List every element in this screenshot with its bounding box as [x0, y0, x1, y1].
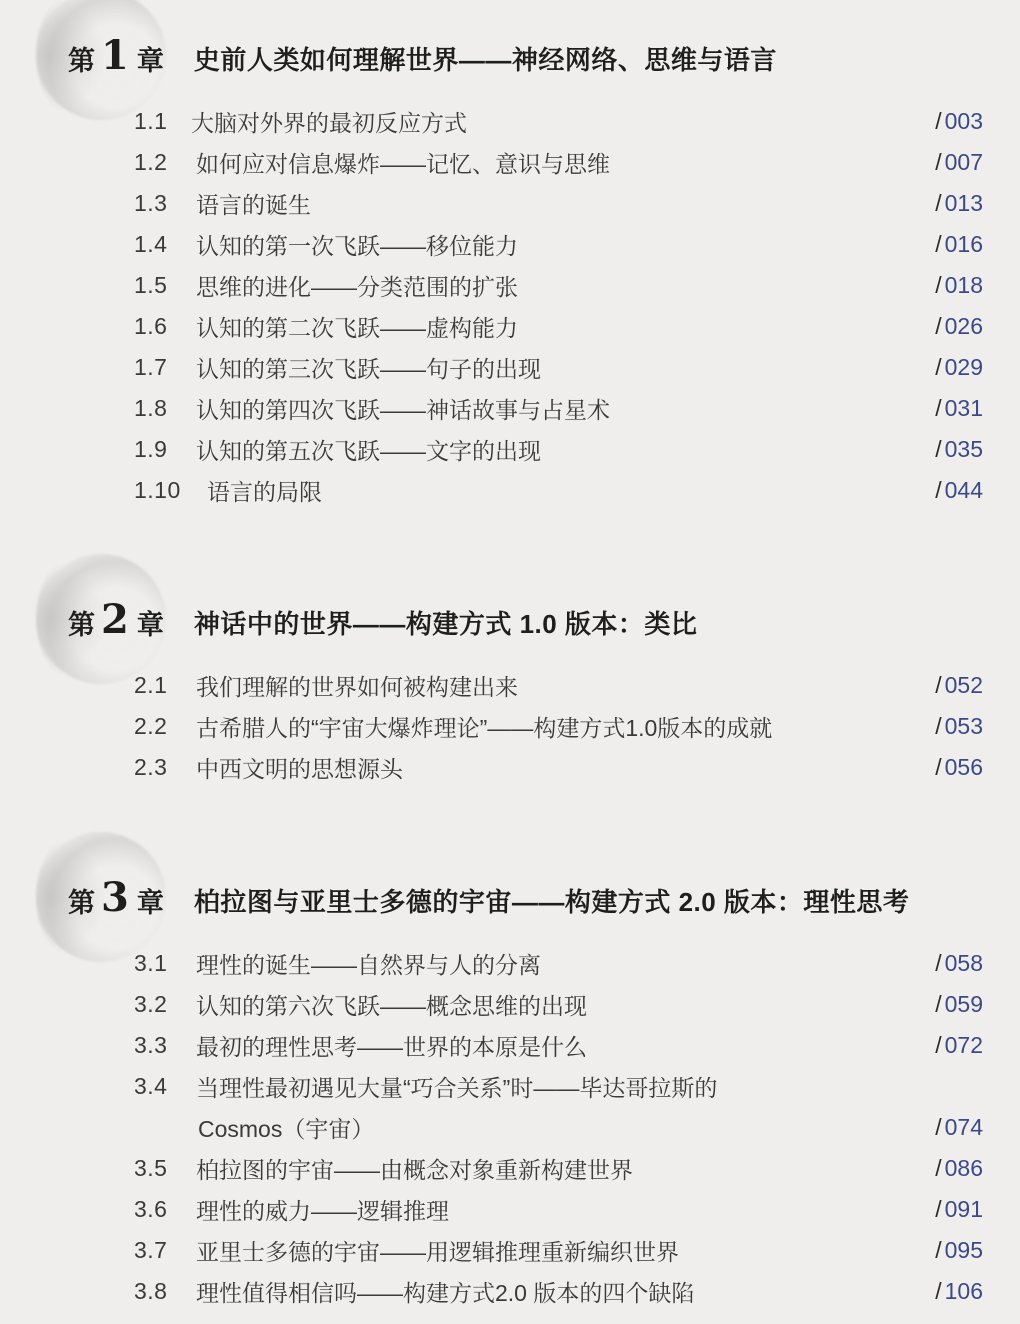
chapter-number: 3	[101, 874, 129, 921]
page-separator: /	[935, 436, 941, 462]
page-number[interactable]: /059	[935, 991, 983, 1018]
page-number[interactable]: /091	[935, 1196, 983, 1223]
page-number[interactable]: /029	[935, 354, 983, 381]
section-title: 柏拉图的宇宙——由概念对象重新构建世界	[196, 1152, 633, 1185]
page-number[interactable]: /074	[935, 1114, 983, 1141]
section-title-continuation: Cosmos（宇宙）	[198, 1111, 374, 1144]
section-title: 最初的理性思考——世界的本原是什么	[196, 1029, 587, 1062]
page-separator: /	[935, 313, 941, 339]
section-title: 中西文明的思想源头	[196, 751, 403, 784]
page-separator: /	[935, 477, 941, 503]
toc-entry[interactable]: 1.4 认知的第一次飞跃——移位能力 /016	[0, 224, 1020, 265]
toc-entry-list: 2.1 我们理解的世界如何被构建出来 /052 2.2 古希腊人的“宇宙大爆炸理…	[0, 665, 1020, 788]
toc-entry[interactable]: 3.7 亚里士多德的宇宙——用逻辑推理重新编织世界 /095	[0, 1230, 1020, 1271]
section-title: 认知的第一次飞跃——移位能力	[196, 228, 518, 261]
toc-entry[interactable]: 2.1 我们理解的世界如何被构建出来 /052	[0, 665, 1020, 706]
page-separator: /	[935, 754, 941, 780]
section-number: 1.5	[134, 272, 194, 299]
chapter-2-header: 第 2 章 神话中的世界——构建方式 1.0 版本：类比	[0, 582, 1020, 662]
toc-entry[interactable]: 3.3 最初的理性思考——世界的本原是什么 /072	[0, 1025, 1020, 1066]
chapter-1: 第 1 章 史前人类如何理解世界——神经网络、思维与语言 1.1 大脑对外界的最…	[0, 18, 1020, 511]
section-title: 认知的第五次飞跃——文字的出现	[196, 433, 541, 466]
section-number: 1.9	[134, 436, 194, 463]
page-number[interactable]: /053	[935, 713, 983, 740]
toc-entry[interactable]: 3.1 理性的诞生——自然界与人的分离 /058	[0, 943, 1020, 984]
chapter-heading[interactable]: 第 2 章 神话中的世界——构建方式 1.0 版本：类比	[68, 582, 697, 662]
page-number[interactable]: /013	[935, 190, 983, 217]
toc-entry[interactable]: 1.3 语言的诞生 /013	[0, 183, 1020, 224]
page-separator: /	[935, 1155, 941, 1181]
chapter-suffix: 章	[137, 39, 164, 78]
toc-entry[interactable]: 1.7 认知的第三次飞跃——句子的出现 /029	[0, 347, 1020, 388]
page-separator: /	[935, 672, 941, 698]
toc-entry[interactable]: 3.5 柏拉图的宇宙——由概念对象重新构建世界 /086	[0, 1148, 1020, 1189]
toc-entry[interactable]: 1.9 认知的第五次飞跃——文字的出现 /035	[0, 429, 1020, 470]
chapter-prefix: 第	[68, 881, 95, 920]
section-number: 3.2	[134, 991, 194, 1018]
toc-entry[interactable]: 3.2 认知的第六次飞跃——概念思维的出现 /059	[0, 984, 1020, 1025]
section-title: 语言的局限	[207, 474, 322, 507]
page-separator: /	[935, 272, 941, 298]
section-number: 1.8	[134, 395, 194, 422]
page-number[interactable]: /031	[935, 395, 983, 422]
page-number[interactable]: /056	[935, 754, 983, 781]
section-title: 我们理解的世界如何被构建出来	[196, 669, 518, 702]
toc-entry-continuation[interactable]: Cosmos（宇宙） /074	[0, 1107, 1020, 1148]
section-number: 1.7	[134, 354, 194, 381]
page-separator: /	[935, 1032, 941, 1058]
section-number: 3.3	[134, 1032, 194, 1059]
page-separator: /	[935, 231, 941, 257]
chapter-title: 神话中的世界——构建方式 1.0 版本：类比	[194, 604, 698, 641]
section-number: 1.6	[134, 313, 194, 340]
chapter-heading[interactable]: 第 1 章 史前人类如何理解世界——神经网络、思维与语言	[68, 18, 777, 98]
section-number: 3.6	[134, 1196, 194, 1223]
page-separator: /	[935, 354, 941, 380]
section-number: 3.5	[134, 1155, 194, 1182]
toc-entry[interactable]: 3.6 理性的威力——逻辑推理 /091	[0, 1189, 1020, 1230]
page-separator: /	[935, 950, 941, 976]
section-number: 1.3	[134, 190, 194, 217]
section-number: 3.4	[134, 1073, 194, 1100]
page-number[interactable]: /016	[935, 231, 983, 258]
toc-entry[interactable]: 1.5 思维的进化——分类范围的扩张 /018	[0, 265, 1020, 306]
page-number[interactable]: /044	[935, 477, 983, 504]
section-title: 古希腊人的“宇宙大爆炸理论”——构建方式1.0版本的成就	[196, 710, 772, 743]
page-number[interactable]: /026	[935, 313, 983, 340]
section-title: 认知的第六次飞跃——概念思维的出现	[196, 988, 587, 1021]
page-number[interactable]: /058	[935, 950, 983, 977]
toc-entry[interactable]: 1.10 语言的局限 /044	[0, 470, 1020, 511]
chapter-3-header: 第 3 章 柏拉图与亚里士多德的宇宙——构建方式 2.0 版本：理性思考	[0, 860, 1020, 940]
page-number[interactable]: /018	[935, 272, 983, 299]
chapter-3: 第 3 章 柏拉图与亚里士多德的宇宙——构建方式 2.0 版本：理性思考 3.1…	[0, 860, 1020, 1312]
page-separator: /	[935, 149, 941, 175]
chapter-prefix: 第	[68, 39, 95, 78]
toc-entry[interactable]: 1.6 认知的第二次飞跃——虚构能力 /026	[0, 306, 1020, 347]
page-number[interactable]: /106	[935, 1278, 983, 1305]
page-separator: /	[935, 108, 941, 134]
toc-entry-list: 3.1 理性的诞生——自然界与人的分离 /058 3.2 认知的第六次飞跃——概…	[0, 943, 1020, 1312]
chapter-suffix: 章	[137, 881, 164, 920]
page-number[interactable]: /035	[935, 436, 983, 463]
chapter-heading[interactable]: 第 3 章 柏拉图与亚里士多德的宇宙——构建方式 2.0 版本：理性思考	[68, 860, 909, 940]
page-separator: /	[935, 395, 941, 421]
section-title: 当理性最初遇见大量“巧合关系”时——毕达哥拉斯的	[196, 1070, 717, 1103]
page-number[interactable]: /072	[935, 1032, 983, 1059]
section-title: 理性值得相信吗——构建方式2.0 版本的四个缺陷	[196, 1275, 694, 1308]
section-title: 大脑对外界的最初反应方式	[191, 105, 467, 138]
section-number: 1.4	[134, 231, 194, 258]
chapter-suffix: 章	[137, 603, 164, 642]
section-title: 语言的诞生	[196, 187, 311, 220]
section-number: 1.1	[134, 108, 194, 135]
toc-entry[interactable]: 2.2 古希腊人的“宇宙大爆炸理论”——构建方式1.0版本的成就 /053	[0, 706, 1020, 747]
chapter-title: 柏拉图与亚里士多德的宇宙——构建方式 2.0 版本：理性思考	[194, 882, 910, 919]
page-number[interactable]: /052	[935, 672, 983, 699]
page-separator: /	[935, 1114, 941, 1140]
section-title: 理性的威力——逻辑推理	[196, 1193, 449, 1226]
chapter-1-header: 第 1 章 史前人类如何理解世界——神经网络、思维与语言	[0, 18, 1020, 98]
page-number[interactable]: /007	[935, 149, 983, 176]
section-number: 3.1	[134, 950, 194, 977]
page-number[interactable]: /095	[935, 1237, 983, 1264]
page-separator: /	[935, 713, 941, 739]
section-title: 思维的进化——分类范围的扩张	[196, 269, 518, 302]
page-separator: /	[935, 1196, 941, 1222]
toc-entry[interactable]: 1.1 大脑对外界的最初反应方式 /003	[0, 101, 1020, 142]
section-title: 认知的第三次飞跃——句子的出现	[196, 351, 541, 384]
page-separator: /	[935, 991, 941, 1017]
section-number: 1.10	[134, 477, 194, 504]
section-number: 1.2	[134, 149, 194, 176]
section-title: 认知的第四次飞跃——神话故事与占星术	[196, 392, 610, 425]
toc-entry[interactable]: 3.8 理性值得相信吗——构建方式2.0 版本的四个缺陷 /106	[0, 1271, 1020, 1312]
toc-entry[interactable]: 3.4 当理性最初遇见大量“巧合关系”时——毕达哥拉斯的	[0, 1066, 1020, 1107]
toc-entry[interactable]: 2.3 中西文明的思想源头 /056	[0, 747, 1020, 788]
section-number: 2.1	[134, 672, 194, 699]
section-title: 如何应对信息爆炸——记忆、意识与思维	[196, 146, 610, 179]
chapter-number: 1	[101, 32, 129, 79]
toc-entry[interactable]: 1.2 如何应对信息爆炸——记忆、意识与思维 /007	[0, 142, 1020, 183]
section-number: 2.3	[134, 754, 194, 781]
section-title: 认知的第二次飞跃——虚构能力	[196, 310, 518, 343]
page-separator: /	[935, 1278, 941, 1304]
toc-entry-list: 1.1 大脑对外界的最初反应方式 /003 1.2 如何应对信息爆炸——记忆、意…	[0, 101, 1020, 511]
page-separator: /	[935, 190, 941, 216]
section-number: 3.7	[134, 1237, 194, 1264]
section-title: 亚里士多德的宇宙——用逻辑推理重新编织世界	[196, 1234, 679, 1267]
page-number[interactable]: /086	[935, 1155, 983, 1182]
chapter-title: 史前人类如何理解世界——神经网络、思维与语言	[194, 40, 777, 77]
chapter-number: 2	[101, 596, 129, 643]
chapter-2: 第 2 章 神话中的世界——构建方式 1.0 版本：类比 2.1 我们理解的世界…	[0, 582, 1020, 788]
section-number: 2.2	[134, 713, 194, 740]
page-separator: /	[935, 1237, 941, 1263]
section-number: 3.8	[134, 1278, 194, 1305]
page-number[interactable]: /003	[935, 108, 983, 135]
chapter-prefix: 第	[68, 603, 95, 642]
section-title: 理性的诞生——自然界与人的分离	[196, 947, 541, 980]
toc-entry[interactable]: 1.8 认知的第四次飞跃——神话故事与占星术 /031	[0, 388, 1020, 429]
